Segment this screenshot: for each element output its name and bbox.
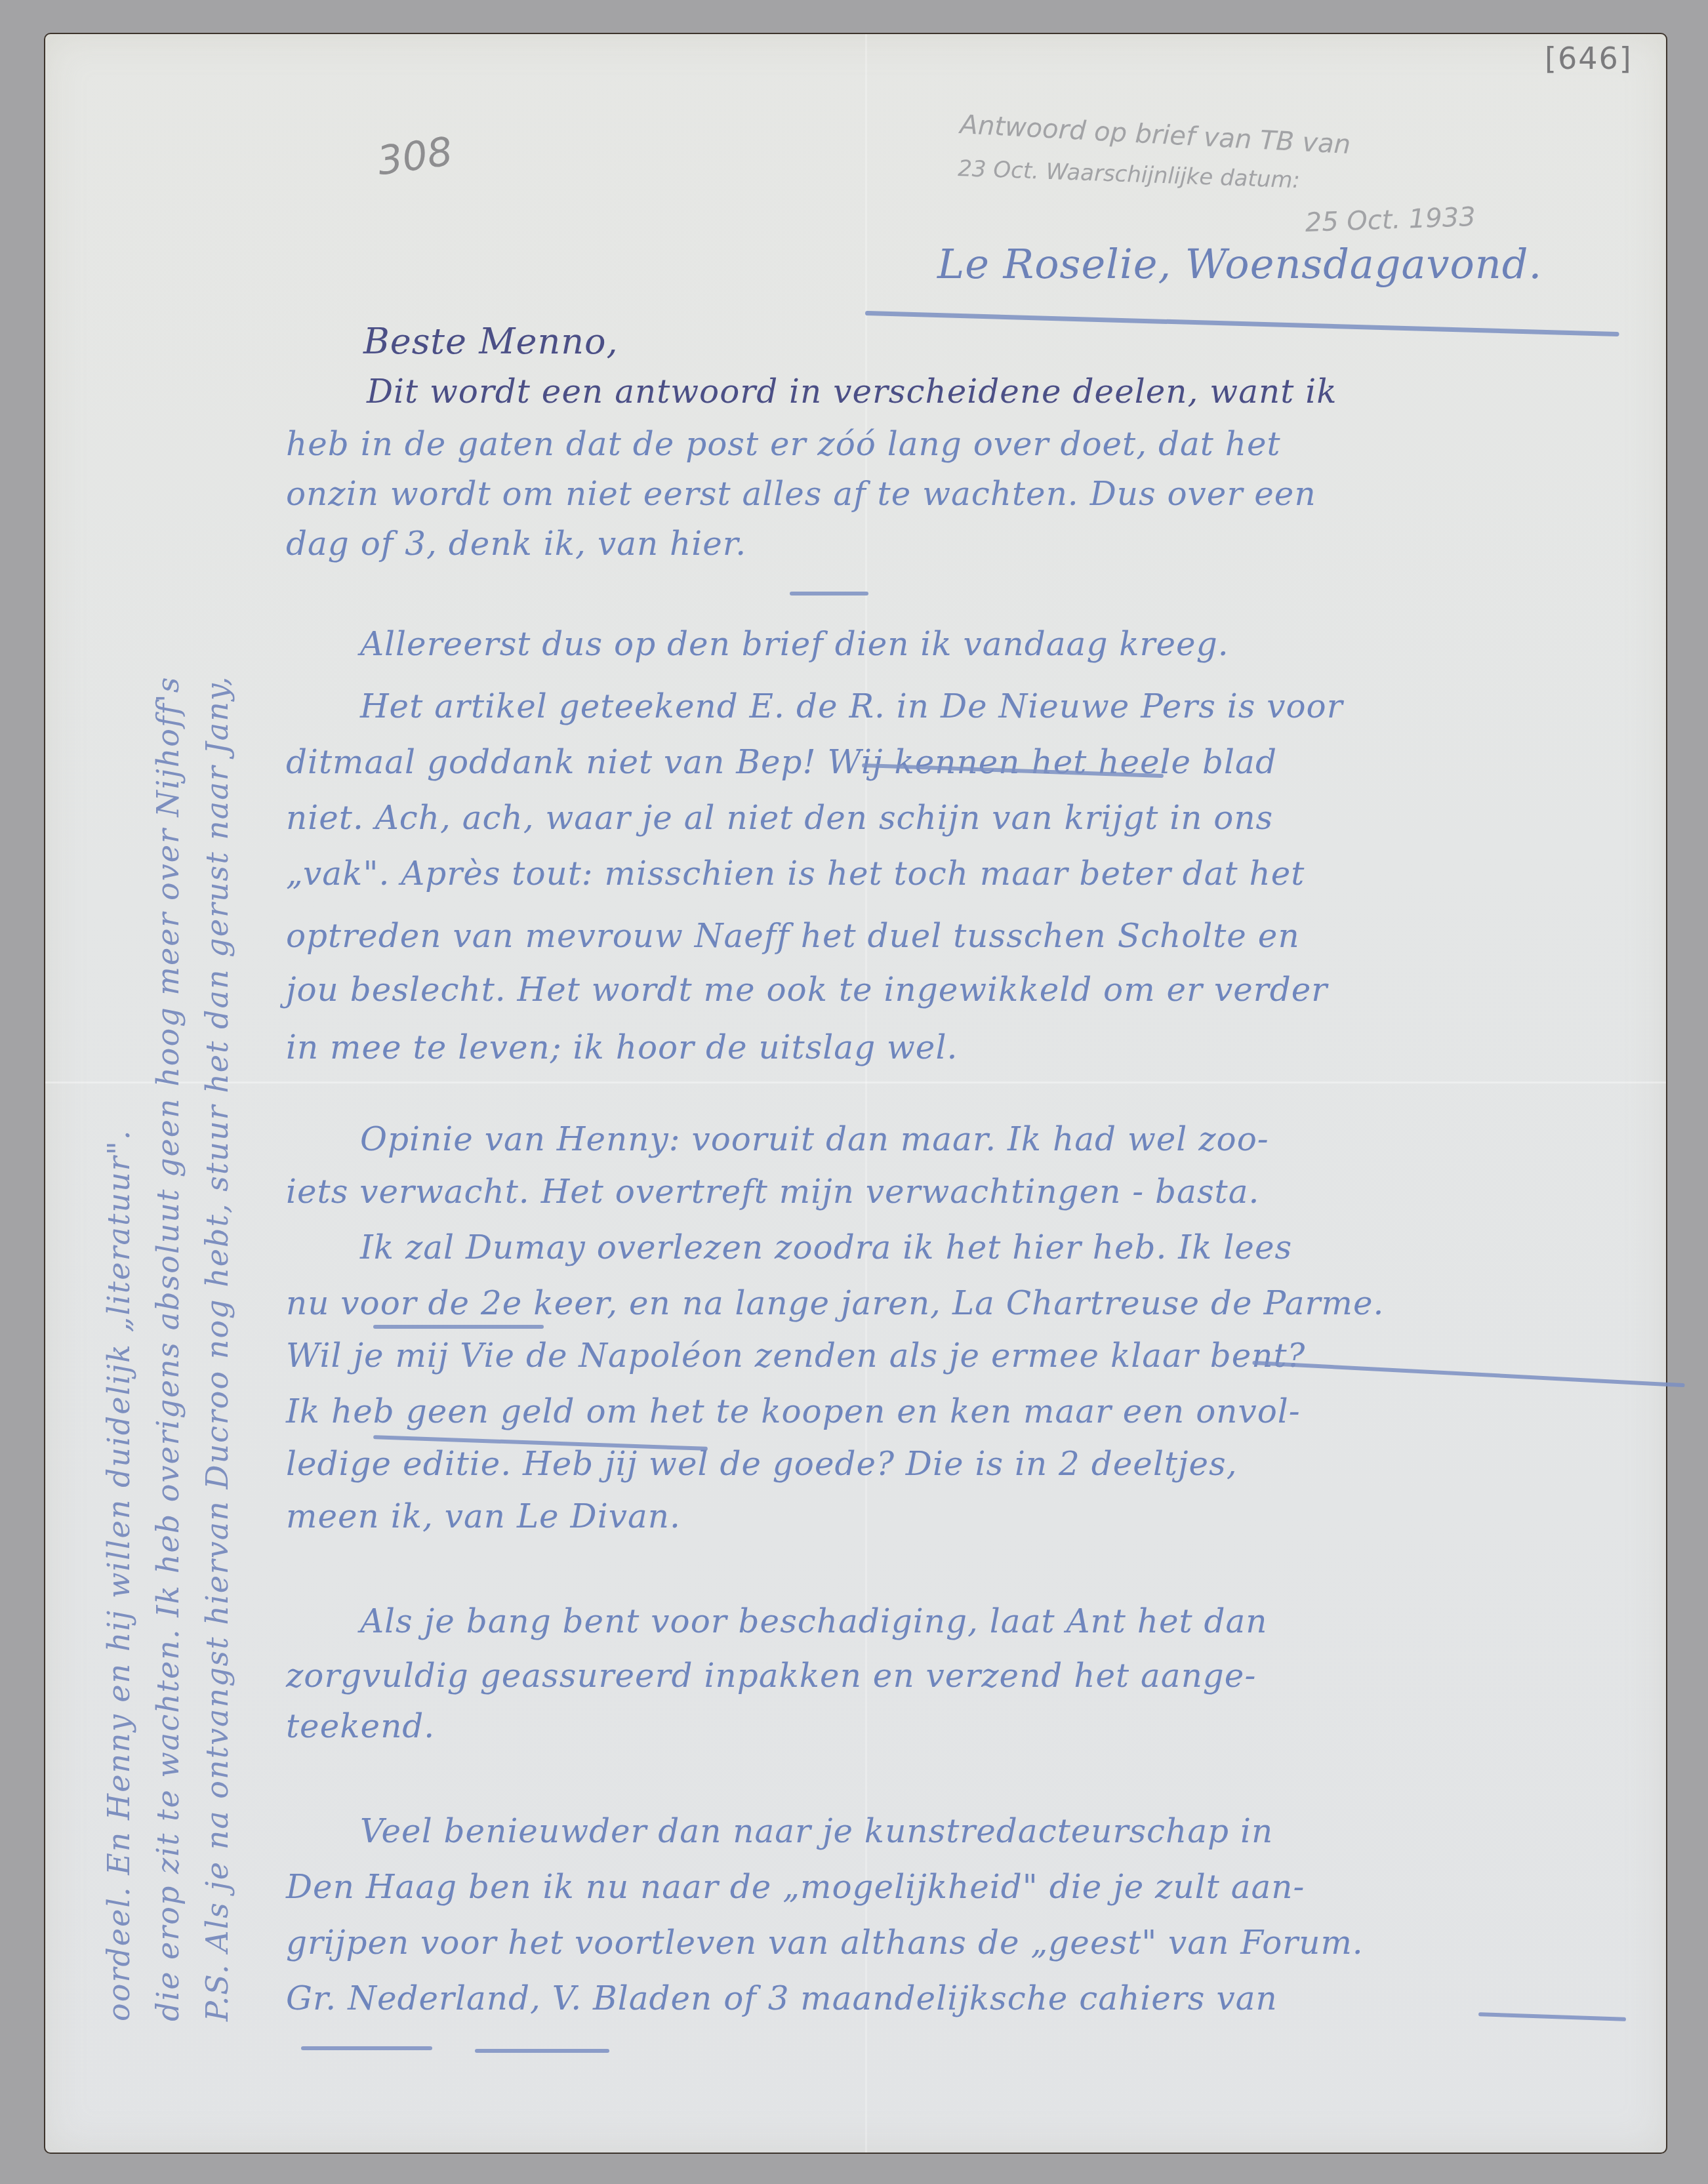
body-line-22: zorgvuldig geassureerd inpakken en verze… [286, 1659, 1256, 1692]
body-line-3: onzin wordt om niet eerst alles af te wa… [286, 477, 1316, 510]
body-line-14: iets verwacht. Het overtreft mijn verwac… [286, 1175, 1259, 1208]
body-line-10: optreden van mevrouw Naeff het duel tuss… [286, 920, 1300, 952]
underline-alles [790, 592, 868, 596]
body-line-12: in mee te leven; ik hoor de uitslag wel. [286, 1031, 958, 1064]
body-line-16: nu voor de 2e keer, en na lange jaren, L… [286, 1287, 1384, 1320]
body-line-23: teekend. [286, 1710, 435, 1743]
archivist-note-line-1: Antwoord op brief van TB van [960, 110, 1352, 160]
archivist-note-line-3: 25 Oct. 1933 [1305, 202, 1476, 238]
letter-page: [646] 308 Antwoord op brief van TB van 2… [44, 33, 1667, 2154]
body-line-15: Ik zal Dumay overlezen zoodra ik het hie… [360, 1231, 1292, 1264]
postscript-line-1: P.S. Als je na ontvangst hiervan Ducroo … [199, 676, 235, 2021]
paper-fold-horizontal [45, 1082, 1666, 1083]
body-line-2: heb in de gaten dat de post er zóó lang … [286, 428, 1281, 460]
body-line-20: meen ik, van Le Divan. [286, 1500, 681, 1533]
body-line-3-text: onzin wordt om niet eerst alles af te wa… [286, 475, 1316, 513]
body-line-8: niet. Ach, ach, waar je al niet den schi… [286, 801, 1273, 834]
body-line-27: Gr. Nederland, V. Bladen of 3 maandelijk… [286, 1982, 1278, 2015]
place-date-heading: Le Roselie, Woensdagavond. [937, 244, 1542, 285]
body-line-21: Als je bang bent voor beschadiging, laat… [360, 1605, 1268, 1638]
underline-forum [1478, 2012, 1626, 2021]
heading-underline [865, 311, 1619, 336]
body-line-9: „vak". Après tout: misschien is het toch… [286, 857, 1305, 890]
body-line-1: Dit wordt een antwoord in verscheidene d… [367, 375, 1337, 408]
body-line-24: Veel benieuwder dan naar je kunstredacte… [360, 1815, 1273, 1848]
body-line-4: dag of 3, denk ik, van hier. [286, 527, 746, 560]
body-line-25: Den Haag ben ik nu naar de „mogelijkheid… [286, 1871, 1305, 1903]
body-line-5: Allereerst dus op den brief dien ik vand… [360, 628, 1229, 660]
body-line-11: jou beslecht. Het wordt me ook te ingewi… [286, 973, 1328, 1006]
body-line-18: Ik heb geen geld om het te koopen en ken… [286, 1395, 1301, 1428]
postscript-line-2: die erop zit te wachten. Ik heb overigen… [150, 676, 186, 2021]
underline-v-bladen [475, 2049, 609, 2053]
archive-number: [646] [1545, 41, 1633, 76]
postscript-line-3: oordeel. En Henny en hij willen duidelij… [101, 1129, 136, 2021]
underline-dumay [373, 1325, 544, 1329]
archivist-note-line-2: 23 Oct. Waarschijnlijke datum: [958, 155, 1301, 193]
body-line-6: Het artikel geteekend E. de R. in De Nie… [360, 690, 1343, 723]
body-line-17: Wil je mij Vie de Napoléon zenden als je… [286, 1339, 1305, 1372]
salutation: Beste Menno, [363, 324, 619, 359]
page-number: 308 [375, 129, 455, 184]
body-line-13: Opinie van Henny: vooruit dan maar. Ik h… [360, 1123, 1269, 1156]
body-line-26: grijpen voor het voortleven van althans … [286, 1926, 1364, 1959]
underline-gr-nederland [301, 2046, 432, 2050]
body-line-19: ledige editie. Heb jij wel de goede? Die… [286, 1447, 1238, 1480]
underline-la-chartreuse [1252, 1361, 1684, 1388]
